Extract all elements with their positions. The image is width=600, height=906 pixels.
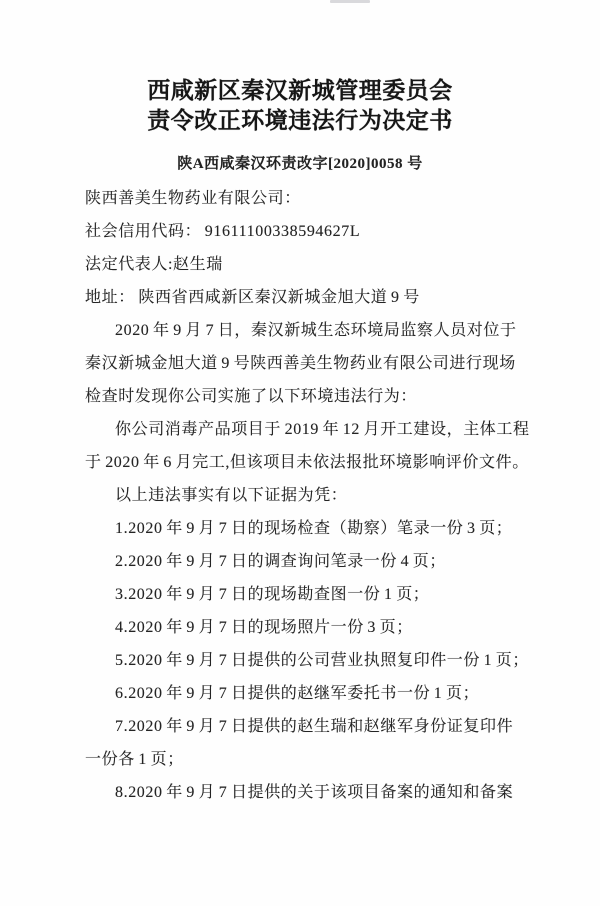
document-text-line: 6.2020 年 9 月 7 日提供的赵继军委托书一份 1 页； [85,677,545,710]
document-text-line: 一份各 1 页； [85,743,545,776]
document-text-line: 法定代表人:赵生瑞 [85,248,545,281]
document-text-line: 以上违法事实有以下证据为凭： [85,479,545,512]
document-text-line: 8.2020 年 9 月 7 日提供的关于该项目备案的通知和备案 [85,776,545,809]
scanned-document-page: 西咸新区秦汉新城管理委员会 责令改正环境违法行为决定书 陕A西咸秦汉环责改字[2… [0,0,600,906]
document-text-line: 3.2020 年 9 月 7 日的现场勘查图一份 1 页； [85,578,545,611]
document-text-line: 社会信用代码： 91611100338594627L [85,215,545,248]
document-text-line: 陕西善美生物药业有限公司： [85,182,545,215]
document-text-line: 检查时发现你公司实施了以下环境违法行为： [85,380,545,413]
document-text-line: 于 2020 年 6 月完工,但该项目未依法报批环境影响评价文件。 [85,446,545,479]
document-text-line: 7.2020 年 9 月 7 日提供的赵生瑞和赵继军身份证复印件 [85,710,545,743]
document-text-line: 地址： 陕西省西咸新区秦汉新城金旭大道 9 号 [85,281,545,314]
document-text-line: 2.2020 年 9 月 7 日的调查询问笔录一份 4 页； [85,545,545,578]
document-text-line: 秦汉新城金旭大道 9 号陕西善美生物药业有限公司进行现场 [85,347,545,380]
document-text-line: 你公司消毒产品项目于 2019 年 12 月开工建设，主体工程 [85,413,545,446]
document-text-line: 5.2020 年 9 月 7 日提供的公司营业执照复印件一份 1 页； [85,644,545,677]
document-body: 陕西善美生物药业有限公司： 社会信用代码： 91611100338594627L… [85,182,545,809]
document-text-line: 1.2020 年 9 月 7 日的现场检查（勘察）笔录一份 3 页； [85,512,545,545]
document-text-line: 4.2020 年 9 月 7 日的现场照片一份 3 页； [85,611,545,644]
document-text-line: 2020 年 9 月 7 日，秦汉新城生态环境局监察人员对位于 [85,314,545,347]
title-line-1: 西咸新区秦汉新城管理委员会 [0,76,600,106]
title-line-2: 责令改正环境违法行为决定书 [0,106,600,136]
scan-artifact-smudge [330,0,370,3]
document-number: 陕A西咸秦汉环责改字[2020]0058 号 [0,154,600,174]
document-title: 西咸新区秦汉新城管理委员会 责令改正环境违法行为决定书 [0,0,600,136]
